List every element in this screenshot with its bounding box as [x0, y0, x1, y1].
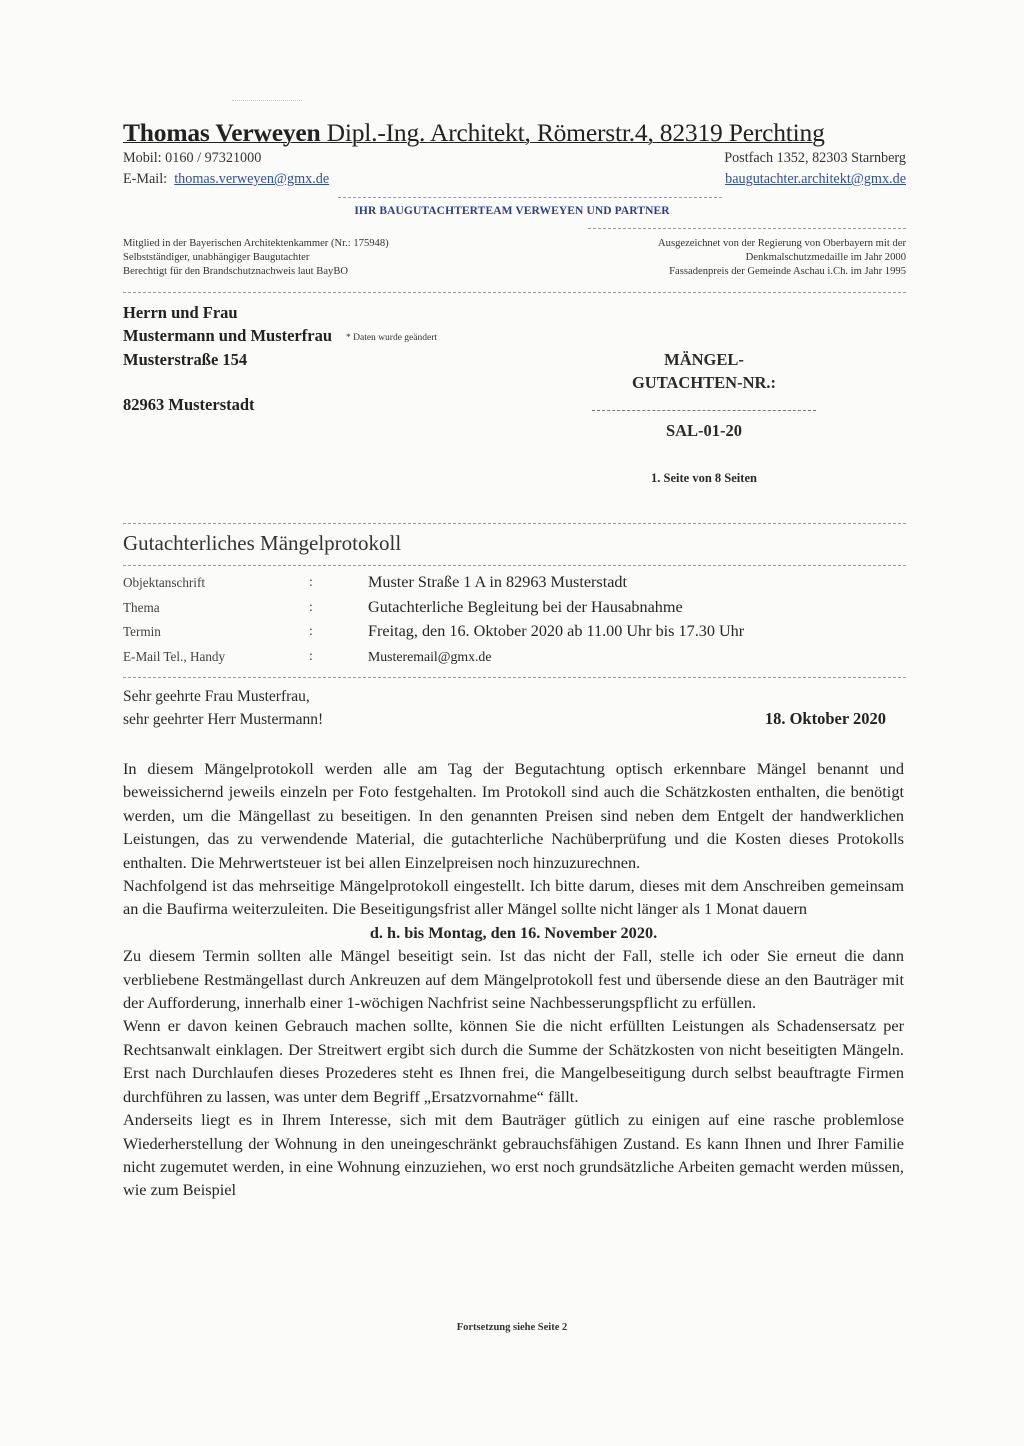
paragraph: Anderseits liegt es in Ihrem Interesse, … — [123, 1108, 904, 1202]
paragraph: Nachfolgend ist das mehrseitige Mängelpr… — [123, 874, 904, 921]
awards-right: Ausgezeichnet von der Regierung von Ober… — [658, 237, 906, 279]
recipient-address: Herrn und Frau Mustermann und Musterfrau… — [123, 302, 437, 416]
email-line-right: baugutachter.architekt@gmx.de — [725, 171, 906, 188]
info-colon: : — [309, 600, 313, 616]
divider — [338, 197, 722, 198]
report-label-line2: GUTACHTEN-NR.: — [590, 371, 818, 394]
recipient-street: Musterstraße 154 — [123, 349, 437, 372]
info-colon: : — [309, 624, 313, 640]
award-line: Ausgezeichnet von der Regierung von Ober… — [658, 237, 906, 251]
info-label: Objektanschrift — [123, 575, 205, 591]
credential-line: Selbstständiger, unabhängiger Baugutacht… — [123, 251, 389, 265]
credential-line: Berechtigt für den Brandschutznachweis l… — [123, 265, 389, 279]
recipient-name-text: Mustermann und Musterfrau — [123, 326, 332, 345]
document-page: Thomas Verweyen Dipl.-Ing. Architekt, Rö… — [0, 0, 1024, 1446]
email-label: E-Mail: — [123, 171, 167, 187]
paragraph: Zu diesem Termin sollten alle Mängel bes… — [123, 944, 904, 1014]
award-line: Fassadenpreis der Gemeinde Aschau i.Ch. … — [658, 265, 906, 279]
letter-body: In diesem Mängelprotokoll werden alle am… — [123, 757, 904, 1202]
divider — [592, 410, 816, 411]
greeting-line2: sehr geehrter Herr Mustermann! — [123, 708, 323, 731]
divider — [123, 677, 906, 678]
email-line: E-Mail: thomas.verweyen@gmx.de — [123, 171, 329, 188]
info-value: Freitag, den 16. Oktober 2020 ab 11.00 U… — [368, 622, 744, 641]
recipient-salutation: Herrn und Frau — [123, 302, 437, 325]
info-colon: : — [309, 575, 313, 591]
deadline: d. h. bis Montag, den 16. November 2020. — [123, 921, 904, 944]
info-label: E-Mail Tel., Handy — [123, 649, 225, 665]
info-label: Thema — [123, 600, 160, 616]
email-link-personal[interactable]: thomas.verweyen@gmx.de — [174, 171, 329, 187]
info-colon: : — [309, 649, 313, 665]
architect-name: Thomas Verweyen — [123, 118, 320, 147]
info-value: Gutachterliche Begleitung bei der Hausab… — [368, 598, 683, 617]
divider — [123, 523, 906, 524]
continuation-note: Fortsetzung siehe Seite 2 — [0, 1322, 1024, 1333]
page-info: 1. Seite von 8 Seiten — [590, 471, 818, 486]
credential-line: Mitglied in der Bayerischen Architektenk… — [123, 237, 389, 251]
postfach-address: Postfach 1352, 82303 Starnberg — [724, 150, 906, 167]
divider — [588, 228, 906, 229]
credentials-left: Mitglied in der Bayerischen Architektenk… — [123, 237, 389, 279]
greeting-line1: Sehr geehrte Frau Musterfrau, — [123, 685, 323, 708]
greeting: Sehr geehrte Frau Musterfrau, sehr geehr… — [123, 685, 323, 731]
info-label: Termin — [123, 624, 161, 640]
info-value: Musteremail@gmx.de — [368, 649, 491, 665]
mobile-number: Mobil: 0160 / 97321000 — [123, 150, 261, 167]
report-number: SAL-01-20 — [590, 421, 818, 441]
letter-date: 18. Oktober 2020 — [765, 709, 886, 729]
report-label: MÄNGEL- GUTACHTEN-NR.: — [590, 348, 818, 394]
letterhead-title: Thomas Verweyen Dipl.-Ing. Architekt, Rö… — [123, 118, 913, 148]
divider — [123, 565, 906, 566]
email-link-office[interactable]: baugutachter.architekt@gmx.de — [725, 171, 906, 187]
divider — [123, 292, 906, 293]
architect-title-address: Dipl.-Ing. Architekt, Römerstr.4, 82319 … — [320, 118, 824, 147]
data-changed-note: * Daten wurde geändert — [346, 333, 437, 343]
report-label-line1: MÄNGEL- — [590, 348, 818, 371]
recipient-city: 82963 Musterstadt — [123, 394, 437, 417]
award-line: Denkmalschutzmedaille im Jahr 2000 — [658, 251, 906, 265]
paragraph: Wenn er davon keinen Gebrauch machen sol… — [123, 1014, 904, 1108]
paragraph: In diesem Mängelprotokoll werden alle am… — [123, 757, 904, 874]
team-header: IHR BAUGUTACHTERTEAM VERWEYEN UND PARTNE… — [0, 205, 1024, 217]
section-title: Gutachterliches Mängelprotokoll — [123, 531, 401, 556]
recipient-names: Mustermann und Musterfrau* Daten wurde g… — [123, 325, 437, 350]
scan-artifact — [232, 100, 302, 104]
info-value: Muster Straße 1 A in 82963 Musterstadt — [368, 573, 627, 592]
